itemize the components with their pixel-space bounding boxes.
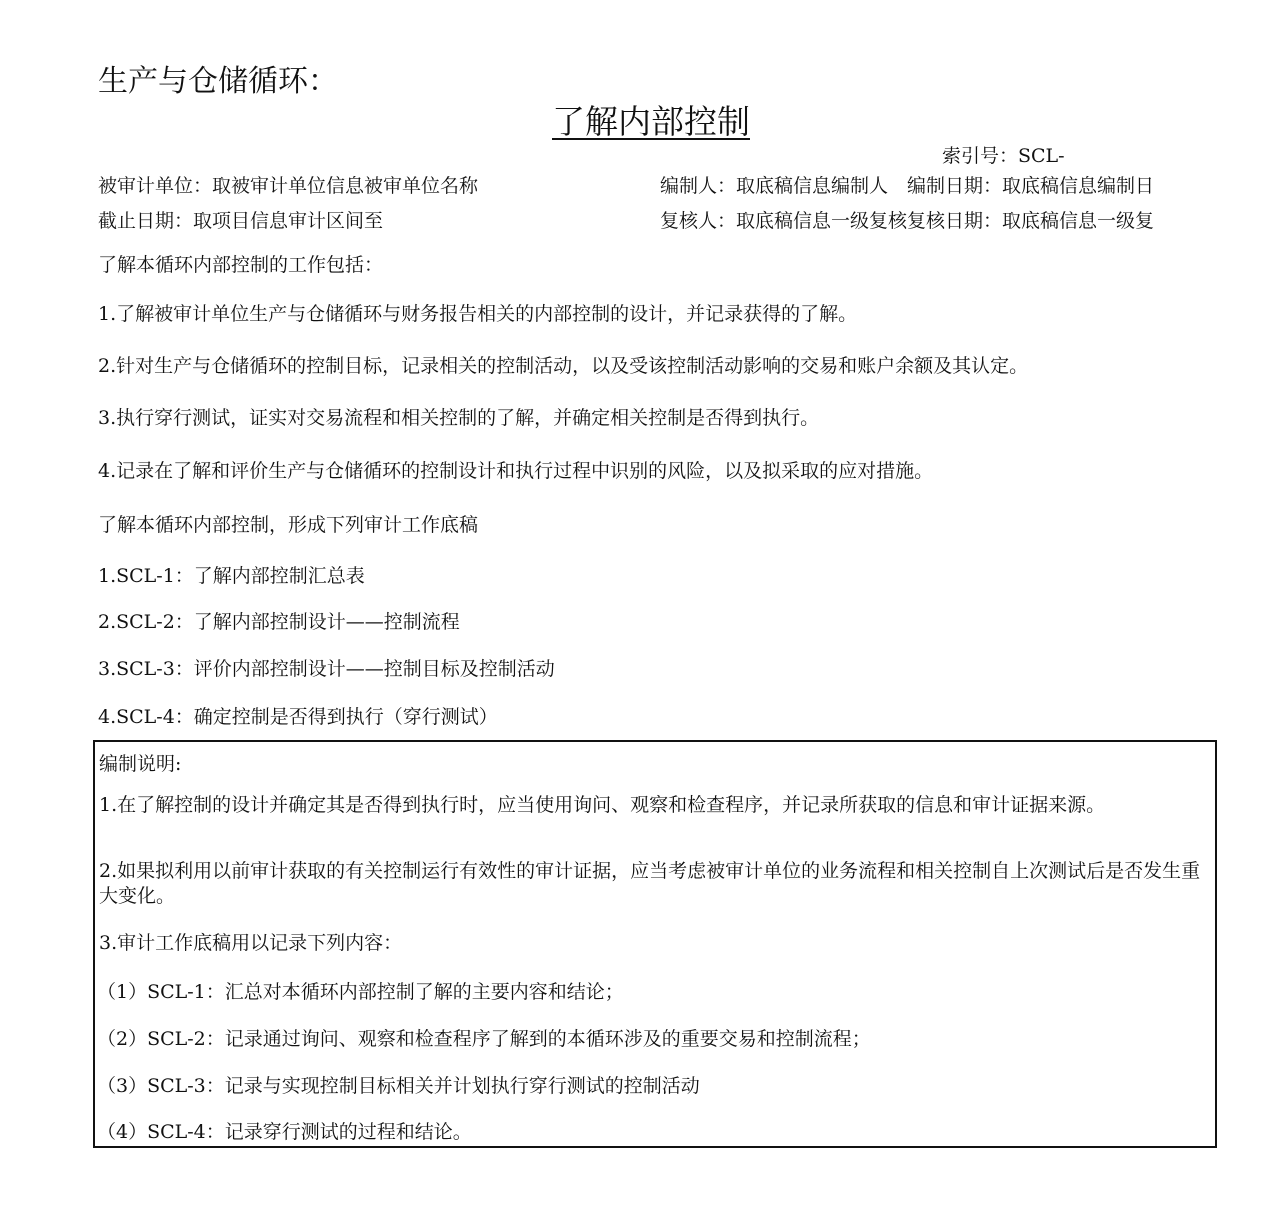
index-number: 索引号：SCL- xyxy=(942,143,1065,169)
notes-item: 2.如果拟利用以前审计获取的有关控制运行有效性的审计证据，应当考虑被审计单位的业… xyxy=(99,859,1211,909)
auditee-field: 被审计单位：取被审计单位信息被审单位名称 xyxy=(98,173,478,199)
work-scope-item: 4.记录在了解和评价生产与仓储循环的控制设计和执行过程中识别的风险，以及拟采取的… xyxy=(98,458,933,484)
work-scope-item: 3.执行穿行测试，证实对交易流程和相关控制的了解，并确定相关控制是否得到执行。 xyxy=(98,405,819,431)
workpapers-heading: 了解本循环内部控制，形成下列审计工作底稿 xyxy=(98,512,478,538)
notes-item: （4）SCL-4：记录穿行测试的过程和结论。 xyxy=(97,1120,1209,1145)
work-scope-item: 1.了解被审计单位生产与仓储循环与财务报告相关的内部控制的设计，并记录获得的了解… xyxy=(98,301,857,327)
cycle-title: 生产与仓储循环： xyxy=(98,62,338,102)
workpaper-item: 2.SCL-2：了解内部控制设计——控制流程 xyxy=(98,609,460,635)
reviewer-field: 复核人：取底稿信息一级复核复核日期：取底稿信息一级复 xyxy=(660,208,1154,234)
workpaper-item: 1.SCL-1：了解内部控制汇总表 xyxy=(98,563,365,589)
notes-heading: 编制说明: xyxy=(99,752,1211,777)
notes-item: （1）SCL-1：汇总对本循环内部控制了解的主要内容和结论； xyxy=(97,980,1209,1005)
document-title: 了解内部控制 xyxy=(552,100,750,144)
notes-item: 1.在了解控制的设计并确定其是否得到执行时，应当使用询问、观察和检查程序，并记录… xyxy=(99,793,1211,818)
workpaper-item: 4.SCL-4：确定控制是否得到执行（穿行测试） xyxy=(98,704,498,730)
preparer-field: 编制人：取底稿信息编制人 编制日期：取底稿信息编制日 xyxy=(660,173,1154,199)
notes-item: 3.审计工作底稿用以记录下列内容： xyxy=(99,931,1211,956)
workpaper-item: 3.SCL-3：评价内部控制设计——控制目标及控制活动 xyxy=(98,656,555,682)
preparation-notes-box: 编制说明: 1.在了解控制的设计并确定其是否得到执行时，应当使用询问、观察和检查… xyxy=(93,740,1217,1148)
cutoff-date-field: 截止日期：取项目信息审计区间至 xyxy=(98,208,383,234)
notes-item: （2）SCL-2：记录通过询问、观察和检查程序了解到的本循环涉及的重要交易和控制… xyxy=(97,1027,1209,1052)
notes-item: （3）SCL-3：记录与实现控制目标相关并计划执行穿行测试的控制活动 xyxy=(97,1074,1209,1099)
work-scope-item: 2.针对生产与仓储循环的控制目标，记录相关的控制活动，以及受该控制活动影响的交易… xyxy=(98,353,1028,379)
work-scope-heading: 了解本循环内部控制的工作包括： xyxy=(98,252,383,278)
